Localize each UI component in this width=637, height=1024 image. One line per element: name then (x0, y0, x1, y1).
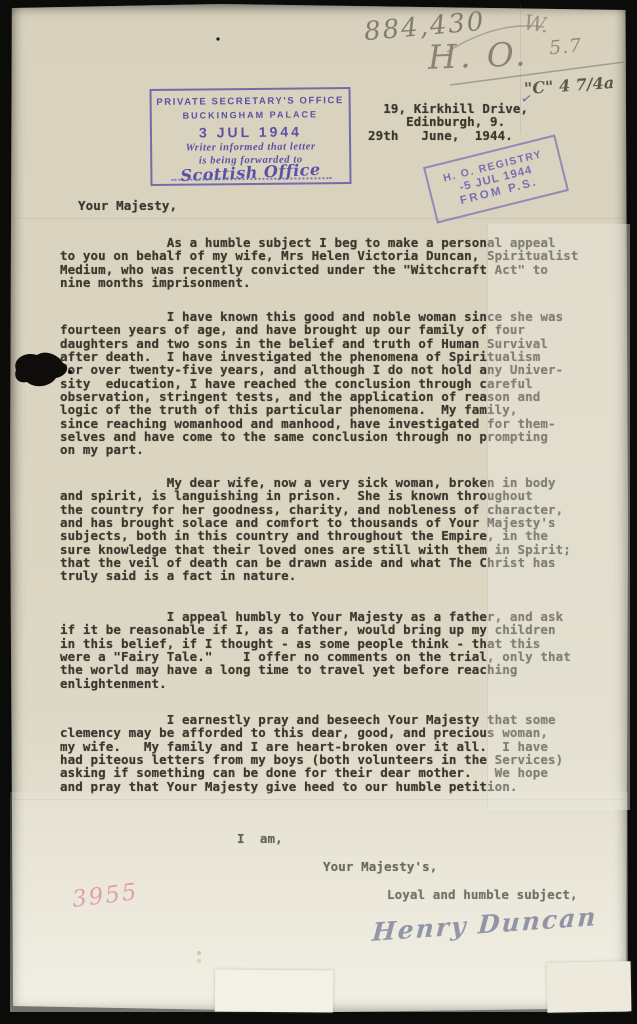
stamp-date: 3 JUL 1944 (199, 123, 302, 140)
tape-patch (215, 969, 333, 1012)
paragraph-4: I appeal humbly to Your Majesty as a fat… (60, 610, 571, 690)
buckingham-palace-stamp: PRIVATE SECRETARY'S OFFICE BUCKINGHAM PA… (149, 87, 351, 186)
stamp-note-line1: Writer informed that letter (186, 141, 316, 153)
stamp-office-line: PRIVATE SECRETARY'S OFFICE (156, 95, 344, 108)
stamp-palace-line: BUCKINGHAM PALACE (183, 109, 318, 120)
address-date-block: 19, Kirkhill Drive, Edinburgh, 9. 29th J… (368, 102, 528, 142)
closing-loyal-subject: Loyal and humble subject, (387, 888, 578, 901)
paragraph-1: As a humble subject I beg to make a pers… (60, 236, 579, 289)
scanned-letter-photo: 884,430 H. O. W. 5.7 "C" 4 7/4a ✓ 3955 P… (0, 0, 637, 1024)
salutation: Your Majesty, (78, 199, 177, 212)
paragraph-2: I have known this good and noble woman s… (60, 310, 563, 457)
closing-your-majestys: Your Majesty's, (323, 860, 437, 873)
paragraph-5: I earnestly pray and beseech Your Majest… (60, 713, 563, 793)
closing-i-am: I am, (237, 832, 283, 845)
paragraph-3: My dear wife, now a very sick woman, bro… (60, 476, 571, 583)
tape-patch (547, 961, 632, 1012)
